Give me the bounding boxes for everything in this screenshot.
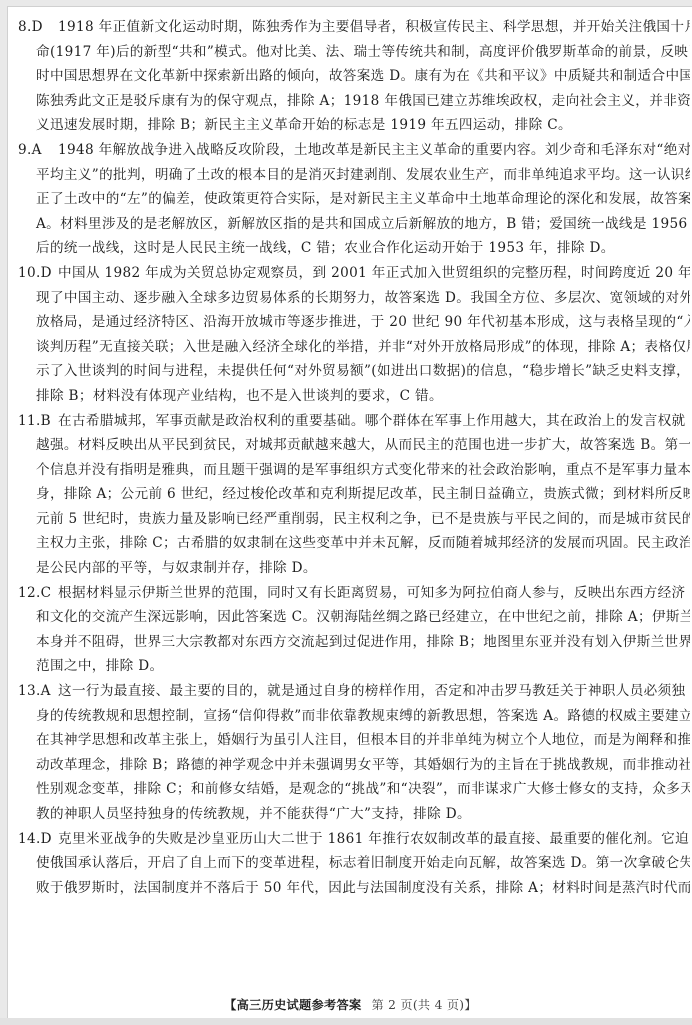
answer-item: 10.D中国从 1982 年成为关贸总协定观察员，到 2001 年正式加入世贸组… — [18, 261, 690, 409]
answer-line: 时中国思想界在文化革新中探索新出路的倾向，故答案选 D。康有为在《共和平议》中质… — [18, 64, 690, 89]
answer-text: 现了中国主动、逐步融入全球多边贸易体系的长期努力，故答案选 D。我国全方位、多层… — [36, 290, 690, 306]
answer-text: A。材料里涉及的是老解放区，新解放区指的是共和国成立后新解放的地方，B 错；爱国… — [36, 216, 690, 232]
answer-text: 陈独秀此文正是驳斥康有为的保守观点，排除 A；1918 年俄国已建立苏维埃政权，… — [36, 93, 690, 109]
answer-line: 性别观念变革，排除 C；和前修女结婚，是观念的“挑战”和“决裂”，而非谋求广大修… — [18, 777, 690, 802]
answer-text: 性别观念变革，排除 C；和前修女结婚，是观念的“挑战”和“决裂”，而非谋求广大修… — [36, 781, 690, 797]
answer-line: 越强。材料反映出从平民到贫民，对城邦贡献越来越大，从而民主的范围也进一步扩大，故… — [18, 433, 690, 458]
answer-text: 本身并不阻碍，世界三大宗教都对东西方交流起到过促进作用，排除 B；地图里东亚并没… — [36, 634, 690, 650]
answer-text: 谈判历程”无直接关联；入世是融入经济全球化的举措，并非“对外开放格局形成”的体现… — [36, 339, 690, 355]
answer-number: 12.C — [18, 581, 58, 606]
answer-number: 11.B — [18, 409, 58, 434]
page-footer: 【高三历史试题参考答案第 2 页(共 4 页)】 — [8, 997, 692, 1013]
answer-text: 1918 年正值新文化运动时期，陈独秀作为主要倡导者，积极宣传民主、科学思想，并… — [58, 19, 690, 35]
answer-line: 是公民内部的平等，与奴隶制并存，排除 D。 — [18, 556, 690, 581]
answer-text: 是公民内部的平等，与奴隶制并存，排除 D。 — [36, 560, 317, 576]
bottom-margin — [0, 1018, 692, 1025]
footer-title: 【高三历史试题参考答案 — [224, 998, 361, 1012]
answer-line: 谈判历程”无直接关联；入世是融入经济全球化的举措，并非“对外开放格局形成”的体现… — [18, 335, 690, 360]
answer-line: 动改革理念，排除 B；路德的神学观念中并未强调男女平等，其婚姻行为的主旨在于挑战… — [18, 753, 690, 778]
answer-line: 排除 B；材料没有体现产业结构，也不是入世谈判的要求，C 错。 — [18, 384, 690, 409]
answer-line: A。材料里涉及的是老解放区，新解放区指的是共和国成立后新解放的地方，B 错；爱国… — [18, 212, 690, 237]
answer-first-line: 14.D克里米亚战争的失败是沙皇亚历山大二世于 1861 年推行农奴制改革的最直… — [18, 827, 690, 852]
answer-text: 义迅速发展时期，排除 B；新民主主义革命开始的标志是 1919 年五四运动，排除… — [36, 117, 572, 133]
answer-text: 范围之中，排除 D。 — [36, 658, 163, 674]
document-page: 8.D1918 年正值新文化运动时期，陈独秀作为主要倡导者，积极宣传民主、科学思… — [7, 6, 692, 1019]
answer-line: 后的统一战线，这时是人民民主统一战线，C 错；农业合作化运动开始于 1953 年… — [18, 236, 690, 261]
answer-line: 个信息并没有指明是雅典，而且题干强调的是军事组织方式变化带来的社会政治影响，重点… — [18, 458, 690, 483]
answer-line: 元前 5 世纪时，贵族力量及影响已经严重削弱，民主权利之争，已不是贵族与平民之间… — [18, 507, 690, 532]
answer-text: 根据材料显示伊斯兰世界的范围，同时又有长距离贸易，可知多为阿拉伯商人参与，反映出… — [58, 585, 685, 601]
answer-line: 身的传统教规和思想控制，宣扬“信仰得救”而非依靠教规束缚的新教思想，答案选 A。… — [18, 704, 690, 729]
answer-text: 正了土改中的“左”的偏差，使政策更符合实际，是对新民主主义革命中土地革命理论的深… — [36, 191, 690, 207]
answer-line: 败于俄罗斯时，法国制度并不落后于 50 年代，因此与法国制度没有关系，排除 A；… — [18, 876, 690, 901]
answer-text: 身的传统教规和思想控制，宣扬“信仰得救”而非依靠教规束缚的新教思想，答案选 A。… — [36, 708, 690, 724]
answer-text: 中国从 1982 年成为关贸总协定观察员，到 2001 年正式加入世贸组织的完整… — [58, 265, 690, 281]
answer-text: 时中国思想界在文化革新中探索新出路的倾向，故答案选 D。康有为在《共和平议》中质… — [36, 68, 690, 84]
answer-first-line: 12.C根据材料显示伊斯兰世界的范围，同时又有长距离贸易，可知多为阿拉伯商人参与… — [18, 581, 690, 606]
answer-line: 正了土改中的“左”的偏差，使政策更符合实际，是对新民主主义革命中土地革命理论的深… — [18, 187, 690, 212]
answer-text: 示了入世谈判的时间与进程，未提供任何“对外贸易额”(如进出口数据)的信息，“稳步… — [36, 363, 690, 379]
answer-text: 个信息并没有指明是雅典，而且题干强调的是军事组织方式变化带来的社会政治影响，重点… — [36, 462, 690, 478]
answer-text: 这一行为最直接、最主要的目的，就是通过自身的榜样作用，否定和冲击罗马教廷关于神职… — [58, 683, 685, 699]
answer-line: 主权力主张，排除 C；古希腊的奴隶制在这些变革中并未瓦解，反而随着城邦经济的发展… — [18, 531, 690, 556]
answer-line: 在其神学思想和改革主张上，婚姻行为虽引人注目，但根本目的并非单纯为树立个人地位，… — [18, 728, 690, 753]
answer-line: 现了中国主动、逐步融入全球多边贸易体系的长期努力，故答案选 D。我国全方位、多层… — [18, 286, 690, 311]
answer-first-line: 8.D1918 年正值新文化运动时期，陈独秀作为主要倡导者，积极宣传民主、科学思… — [18, 15, 690, 40]
answer-first-line: 10.D中国从 1982 年成为关贸总协定观察员，到 2001 年正式加入世贸组… — [18, 261, 690, 286]
answer-line: 命(1917 年)后的新型“共和”模式。他对比美、法、瑞士等传统共和制，高度评价… — [18, 40, 690, 65]
answer-item: 12.C根据材料显示伊斯兰世界的范围，同时又有长距离贸易，可知多为阿拉伯商人参与… — [18, 581, 690, 679]
answer-text: 教的神职人员坚持独身的传统教规，并不能获得“广大”支持，排除 D。 — [36, 806, 471, 822]
answer-text: 克里米亚战争的失败是沙皇亚历山大二世于 1861 年推行农奴制改革的最直接、最重… — [58, 831, 689, 847]
answer-text: 排除 B；材料没有体现产业结构，也不是入世谈判的要求，C 错。 — [36, 388, 443, 404]
answer-text: 败于俄罗斯时，法国制度并不落后于 50 年代，因此与法国制度没有关系，排除 A；… — [36, 880, 690, 896]
answer-line: 本身并不阻碍，世界三大宗教都对东西方交流起到过促进作用，排除 B；地图里东亚并没… — [18, 630, 690, 655]
answer-line: 范围之中，排除 D。 — [18, 654, 690, 679]
answer-number: 13.A — [18, 679, 58, 704]
answer-list: 8.D1918 年正值新文化运动时期，陈独秀作为主要倡导者，积极宣传民主、科学思… — [18, 15, 690, 900]
answer-line: 身，排除 A；公元前 6 世纪，经过梭伦改革和克利斯提尼改革，民主制日益确立，贵… — [18, 482, 690, 507]
footer-page-number: 第 2 页(共 4 页)】 — [372, 998, 477, 1012]
answer-text: 平均主义”的批判，明确了土改的根本目的是消灭封建剥削、发展农业生产，而非单纯追求… — [36, 167, 690, 183]
answer-line: 平均主义”的批判，明确了土改的根本目的是消灭封建剥削、发展农业生产，而非单纯追求… — [18, 163, 690, 188]
answer-text: 元前 5 世纪时，贵族力量及影响已经严重削弱，民主权利之争，已不是贵族与平民之间… — [36, 511, 690, 527]
answer-item: 14.D克里米亚战争的失败是沙皇亚历山大二世于 1861 年推行农奴制改革的最直… — [18, 827, 690, 901]
answer-number: 10.D — [18, 261, 58, 286]
answer-line: 和文化的交流产生深远影响，因此答案选 C。汉朝海陆丝绸之路已经建立，在中世纪之前… — [18, 605, 690, 630]
answer-text: 放格局，是通过经济特区、沿海开放城市等逐步推进，于 20 世纪 90 年代初基本… — [36, 314, 690, 330]
answer-text: 后的统一战线，这时是人民民主统一战线，C 错；农业合作化运动开始于 1953 年… — [36, 240, 615, 256]
answer-line: 使俄国承认落后，开启了自上而下的变革进程，标志着旧制度开始走向瓦解，故答案选 D… — [18, 851, 690, 876]
answer-number: 8.D — [18, 15, 58, 40]
answer-first-line: 11.B在古希腊城邦，军事贡献是政治权利的重要基础。哪个群体在军事上作用越大，其… — [18, 409, 690, 434]
answer-line: 陈独秀此文正是驳斥康有为的保守观点，排除 A；1918 年俄国已建立苏维埃政权，… — [18, 89, 690, 114]
answer-text: 身，排除 A；公元前 6 世纪，经过梭伦改革和克利斯提尼改革，民主制日益确立，贵… — [36, 486, 690, 502]
answer-text: 和文化的交流产生深远影响，因此答案选 C。汉朝海陆丝绸之路已经建立，在中世纪之前… — [36, 609, 690, 625]
answer-text: 越强。材料反映出从平民到贫民，对城邦贡献越来越大，从而民主的范围也进一步扩大，故… — [36, 437, 690, 453]
answer-line: 放格局，是通过经济特区、沿海开放城市等逐步推进，于 20 世纪 90 年代初基本… — [18, 310, 690, 335]
answer-item: 11.B在古希腊城邦，军事贡献是政治权利的重要基础。哪个群体在军事上作用越大，其… — [18, 409, 690, 581]
answer-text: 命(1917 年)后的新型“共和”模式。他对比美、法、瑞士等传统共和制，高度评价… — [36, 44, 690, 60]
answer-text: 主权力主张，排除 C；古希腊的奴隶制在这些变革中并未瓦解，反而随着城邦经济的发展… — [36, 535, 690, 551]
answer-text: 1948 年解放战争进入战略反攻阶段，土地改革是新民主主义革命的重要内容。刘少奇… — [58, 142, 690, 158]
answer-line: 教的神职人员坚持独身的传统教规，并不能获得“广大”支持，排除 D。 — [18, 802, 690, 827]
answer-line: 示了入世谈判的时间与进程，未提供任何“对外贸易额”(如进出口数据)的信息，“稳步… — [18, 359, 690, 384]
answer-text: 在其神学思想和改革主张上，婚姻行为虽引人注目，但根本目的并非单纯为树立个人地位，… — [36, 732, 690, 748]
answer-item: 13.A这一行为最直接、最主要的目的，就是通过自身的榜样作用，否定和冲击罗马教廷… — [18, 679, 690, 827]
answer-number: 14.D — [18, 827, 58, 852]
answer-item: 9.A1948 年解放战争进入战略反攻阶段，土地改革是新民主主义革命的重要内容。… — [18, 138, 690, 261]
answer-text: 在古希腊城邦，军事贡献是政治权利的重要基础。哪个群体在军事上作用越大，其在政治上… — [58, 413, 685, 429]
answer-item: 8.D1918 年正值新文化运动时期，陈独秀作为主要倡导者，积极宣传民主、科学思… — [18, 15, 690, 138]
answer-line: 义迅速发展时期，排除 B；新民主主义革命开始的标志是 1919 年五四运动，排除… — [18, 113, 690, 138]
answer-text: 动改革理念，排除 B；路德的神学观念中并未强调男女平等，其婚姻行为的主旨在于挑战… — [36, 757, 690, 773]
answer-text: 使俄国承认落后，开启了自上而下的变革进程，标志着旧制度开始走向瓦解，故答案选 D… — [36, 855, 690, 871]
answer-number: 9.A — [18, 138, 58, 163]
answer-first-line: 13.A这一行为最直接、最主要的目的，就是通过自身的榜样作用，否定和冲击罗马教廷… — [18, 679, 690, 704]
answer-first-line: 9.A1948 年解放战争进入战略反攻阶段，土地改革是新民主主义革命的重要内容。… — [18, 138, 690, 163]
